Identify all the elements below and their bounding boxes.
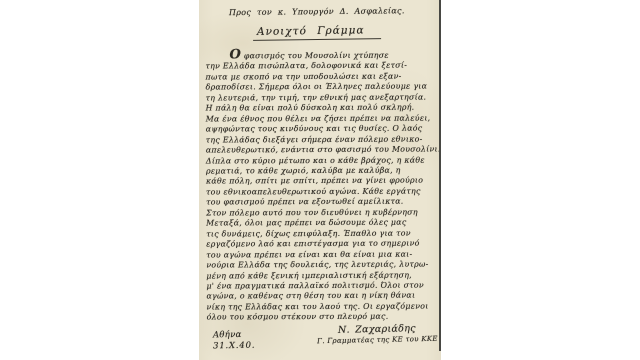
place-line: Αθήνα — [213, 330, 255, 341]
date-line: 31.Χ.40. — [213, 341, 255, 352]
date-block: Αθήνα 31.Χ.40. — [213, 330, 256, 352]
signature-role: Γ. Γραμματέας της ΚΕ του ΚΚΕ — [317, 335, 437, 346]
manuscript-line: Δίπλα στο κύριο μέτωπο και ο κάθε βράχος… — [206, 155, 436, 166]
manuscript-paper: Προς τον κ. Υπουργόν Δ. Ασφαλείας. Ανοιχ… — [199, 0, 441, 360]
manuscript-line: του φασισμού πρέπει να εξοντωθεί αμείλικ… — [206, 197, 436, 208]
manuscript-body: Ο φασισμός του Μουσολίνι χτύπησετην Ελλά… — [205, 49, 436, 323]
manuscript-line: Μεταξά, όλοι μας πρέπει να δώσουμε όλες … — [206, 218, 436, 229]
manuscript-line: νούρια Ελλάδα της δουλειάς, της λευτεριά… — [206, 260, 436, 271]
manuscript-line: απελευθερωτικό, ενάντια στο φασισμό του … — [206, 145, 436, 156]
manuscript-line: όλου του κόσμου στέκουν στο πλευρό μας. — [207, 312, 437, 323]
signature-block: Ν. Ζαχαριάδης Γ. Γραμματέας της ΚΕ του Κ… — [317, 323, 437, 346]
manuscript-line: δραποδίσει. Σήμερα όλοι οι Έλληνες παλεύ… — [206, 82, 436, 93]
manuscript-line: Η πάλη θα είναι πολύ δύσκολη και πολύ σκ… — [206, 103, 436, 114]
manuscript-line: νίκη της Ελλάδας και του λαού της. Οι ερ… — [207, 301, 437, 312]
scanned-letter-page: Προς τον κ. Υπουργόν Δ. Ασφαλείας. Ανοιχ… — [0, 0, 640, 360]
address-line: Προς τον κ. Υπουργόν Δ. Ασφαλείας. — [229, 6, 435, 17]
letter-title: Ανοιχτό Γράμμα — [253, 24, 381, 41]
manuscript-line: αψηφώντας τους κινδύνους και τις θυσίες.… — [206, 124, 436, 135]
page-edge-line — [439, 0, 441, 351]
manuscript-line: εργαζόμενο λαό και επιστέγασμα για το ση… — [206, 239, 436, 250]
